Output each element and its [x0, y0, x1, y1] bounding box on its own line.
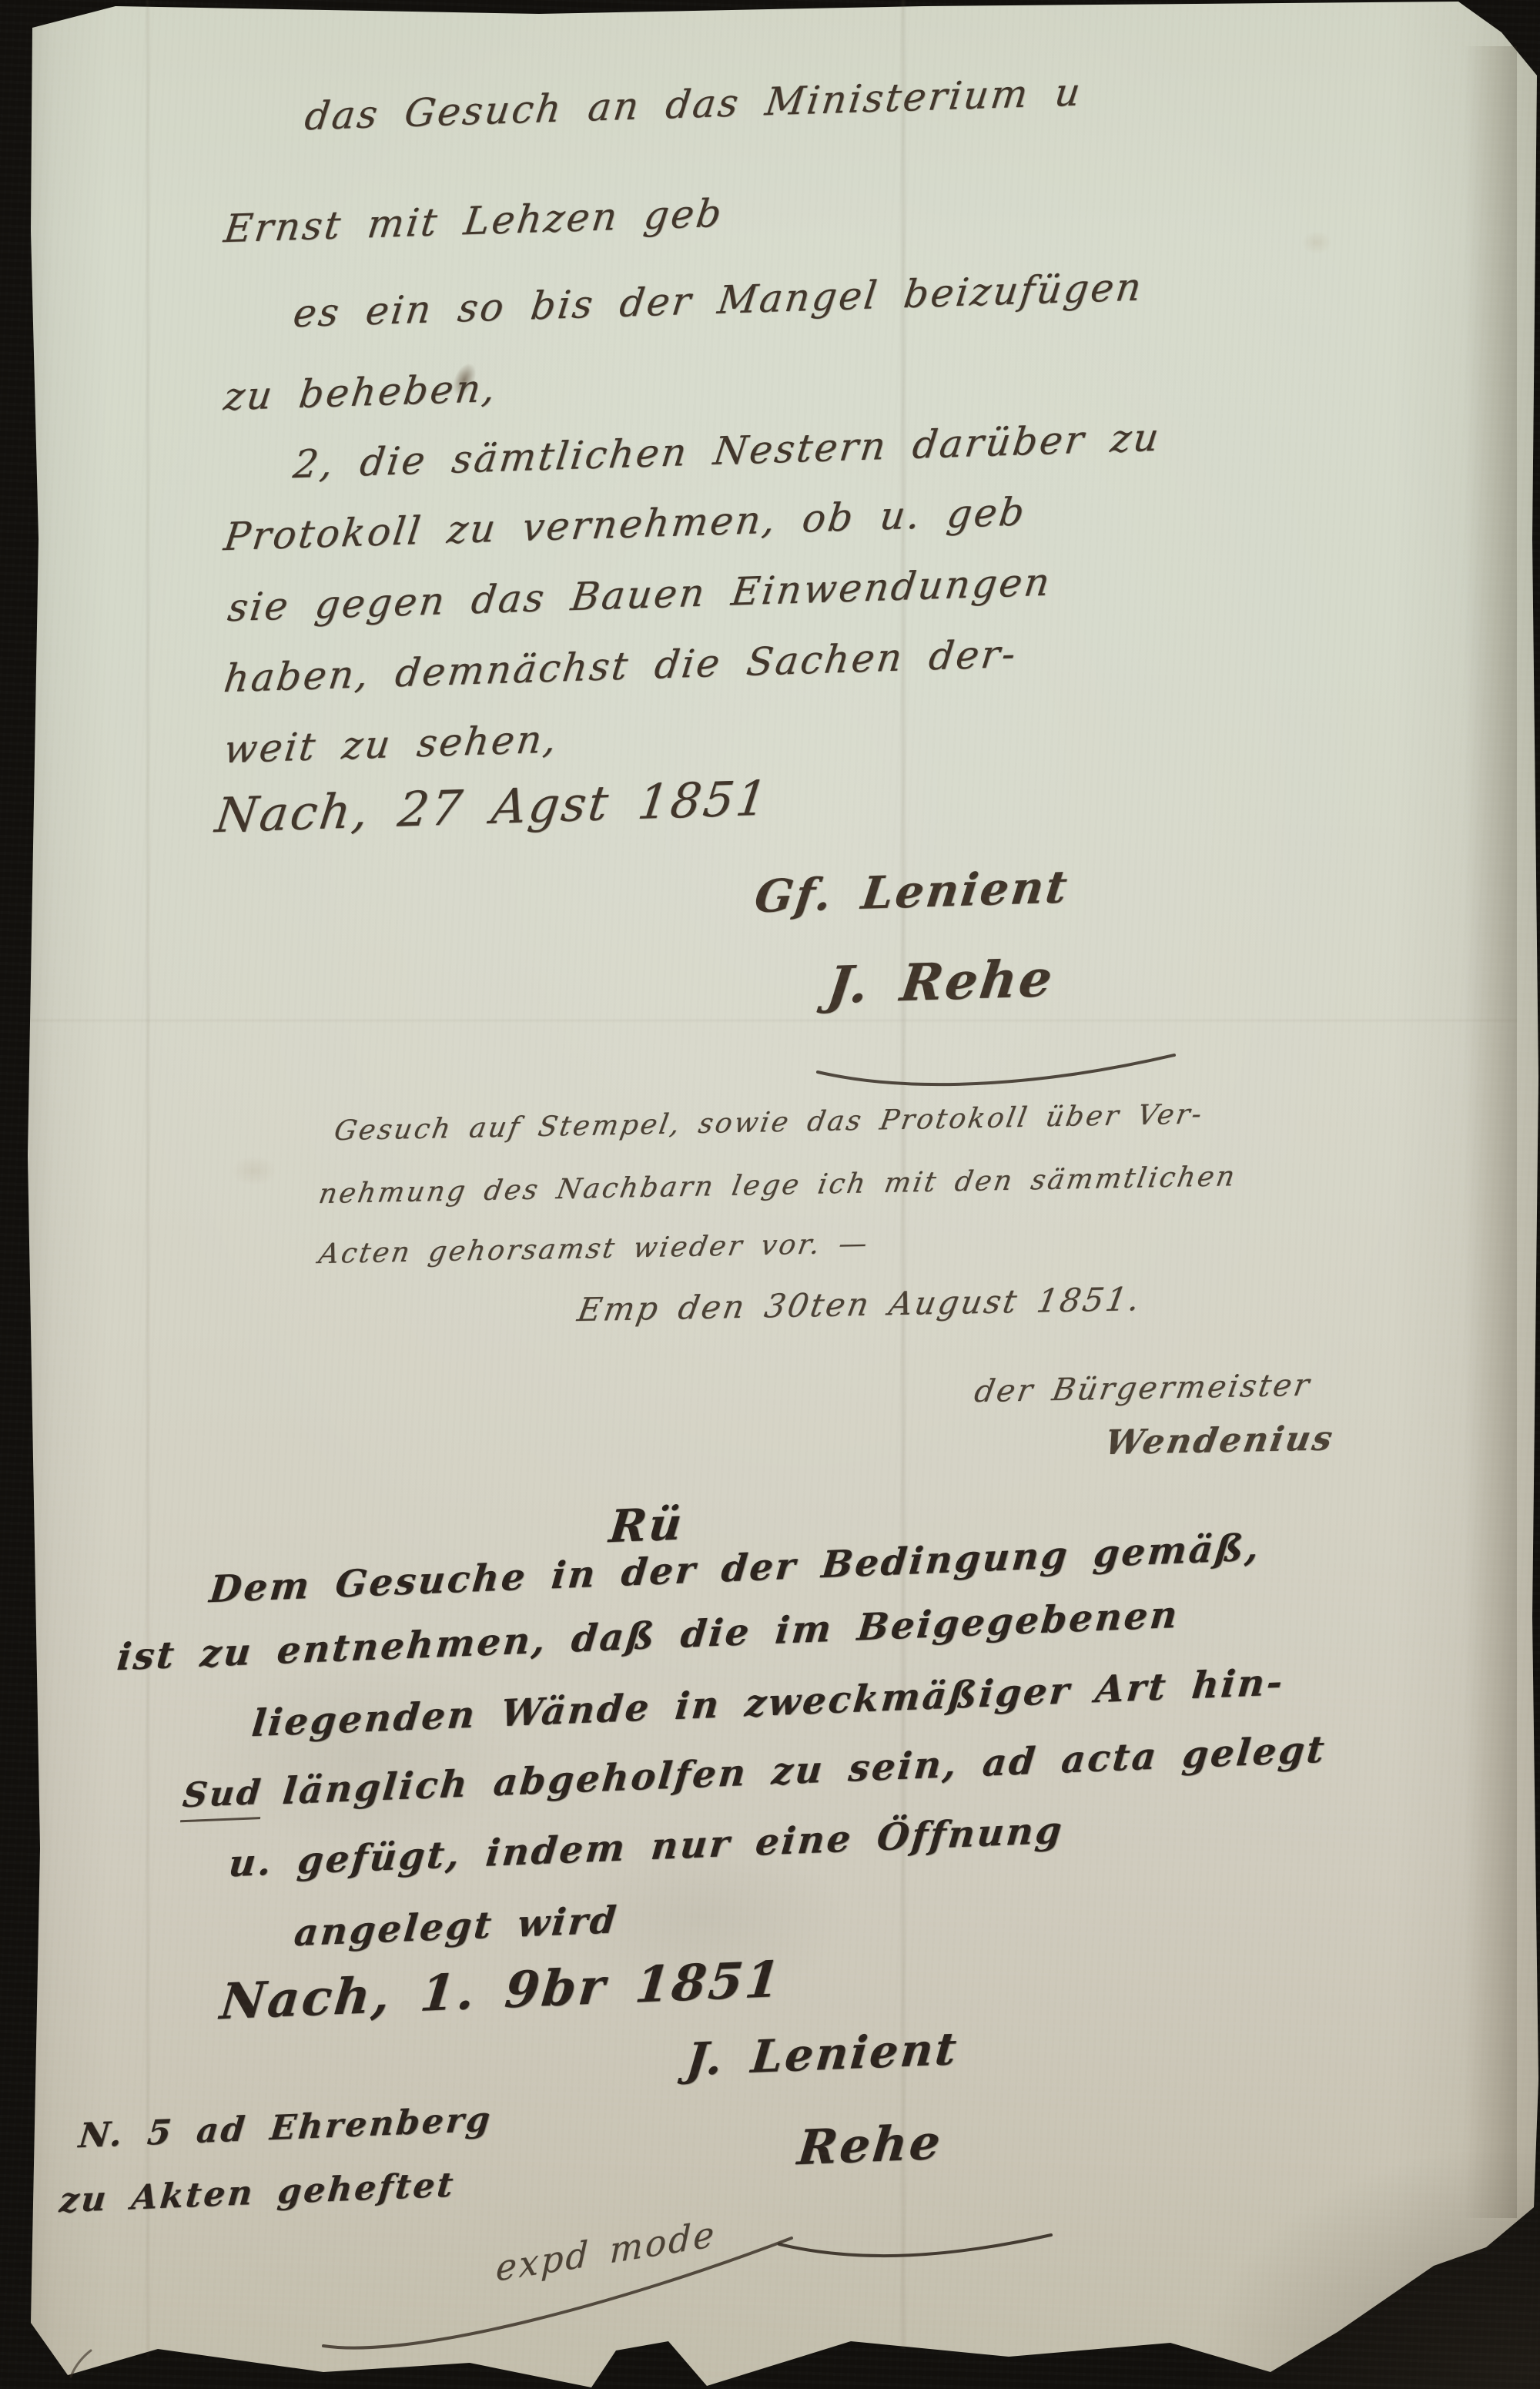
inserted-word: Sud [180, 1773, 264, 1822]
section-heading: Rü [607, 1497, 686, 1553]
signature: Gf. Lenient [752, 860, 1072, 923]
signature: Wendenius [1102, 1419, 1337, 1463]
scanned-manuscript: das Gesuch an das Ministerium u Ernst mi… [0, 0, 1540, 2389]
signature-paraph: Rehe [795, 2113, 946, 2176]
signature-paraph: J. Rehe [824, 948, 1058, 1016]
corner-curl-shadow [1170, 2126, 1540, 2389]
manuscript-line: zu beheben, [222, 366, 500, 419]
signature: J. Lenient [684, 2022, 961, 2086]
subscription: der Bürgermeister [972, 1368, 1314, 1410]
